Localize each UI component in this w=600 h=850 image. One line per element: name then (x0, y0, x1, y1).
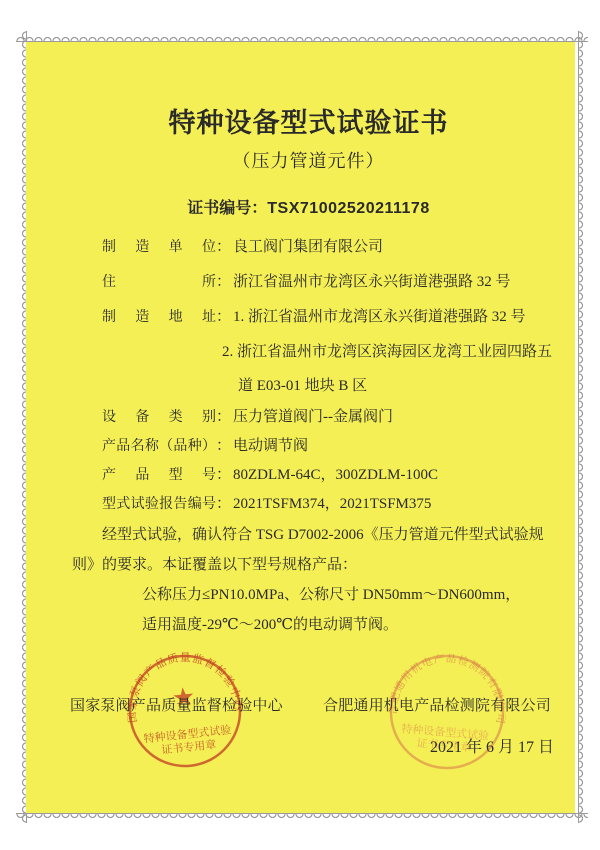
field-row-manufacturer: 制造单位：良工阀门集团有限公司 (102, 230, 569, 265)
field-value-address-3: 道 E03-01 地块 B 区 (102, 378, 367, 394)
field-colon: ： (216, 403, 231, 432)
certificate-number-line: 证书编号：TSX71002520211178 (46, 195, 571, 218)
certificate-number-label: 证书编号： (187, 200, 267, 217)
field-label-manufacturer: 制造单位 (102, 231, 216, 265)
field-label-product-name: 产品名称（品种） (102, 432, 216, 461)
issuer-left-name: 国家泵阀产品质量监督检验中心 (70, 694, 283, 715)
certificate-title: 特种设备型式试验证书 (46, 101, 571, 140)
field-value-manufacturer: 良工阀门集团有限公司 (231, 239, 383, 255)
info-section: 制造单位：良工阀门集团有限公司 住所：浙江省温州市龙湾区永兴街道港强路 32 号… (102, 230, 569, 519)
certificate-number-value: TSX71002520211178 (267, 200, 429, 217)
certificate-subtitle: （压力管道元件） (46, 147, 571, 173)
field-row-address-cont: 2. 浙江省温州市龙湾区滨海园区龙湾工业园四路五 (102, 335, 569, 369)
field-label-product-model: 产品型号 (102, 461, 216, 490)
field-value-residence: 浙江省温州市龙湾区永兴街道港强路 32 号 (231, 274, 511, 290)
field-row-test-report-no: 型式试验报告编号：2021TSFM374，2021TSFM375 (102, 490, 569, 519)
field-label-equipment-category: 设备类别 (102, 403, 216, 432)
statement-spec-1: 公称压力≤PN10.0MPa、公称尺寸 DN50mm～DN600mm， (72, 580, 569, 610)
field-row-residence: 住所：浙江省温州市龙湾区永兴街道港强路 32 号 (102, 265, 569, 300)
issuer-right-name: 合肥通用机电产品检测院有限公司 (323, 694, 551, 715)
statement-spec-2: 适用温度-29℃～200℃的电动调节阀。 (72, 610, 569, 640)
field-row-product-model: 产品型号：80ZDLM-64C，300ZDLM-100C (102, 461, 569, 490)
field-label-residence: 住所 (102, 266, 216, 300)
field-label-address: 制造地址 (102, 301, 216, 335)
statement-paragraph: 经型式试验，确认符合 TSG D7002-2006《压力管道元件型式试验规 则》… (72, 520, 569, 640)
field-value-equipment-category: 压力管道阀门--金属阀门 (231, 409, 393, 425)
certificate-page: 特种设备型式试验证书 （压力管道元件） 证书编号：TSX710025202111… (0, 0, 600, 850)
field-row-product-name: 产品名称（品种）：电动调节阀 (102, 432, 569, 461)
field-row-address-cont: 道 E03-01 地块 B 区 (102, 369, 569, 403)
field-row-address: 制造地址：1. 浙江省温州市龙湾区永兴街道港强路 32 号 (102, 300, 569, 335)
field-colon: ： (216, 461, 231, 490)
statement-line-2: 则》的要求。本证覆盖以下型号规格产品： (72, 550, 569, 580)
field-value-address-2: 2. 浙江省温州市龙湾区滨海园区龙湾工业园四路五 (102, 344, 552, 360)
certificate-sheet: 特种设备型式试验证书 （压力管道元件） 证书编号：TSX710025202111… (26, 42, 575, 813)
field-value-product-model: 80ZDLM-64C，300ZDLM-100C (231, 467, 438, 483)
field-value-test-report-no: 2021TSFM374，2021TSFM375 (231, 496, 431, 512)
field-colon: ： (216, 230, 231, 264)
field-colon: ： (216, 300, 231, 334)
statement-line-1: 经型式试验，确认符合 TSG D7002-2006《压力管道元件型式试验规 (72, 520, 569, 550)
field-row-equipment-category: 设备类别：压力管道阀门--金属阀门 (102, 403, 569, 432)
field-colon: ： (216, 265, 231, 299)
field-colon: ： (216, 490, 231, 519)
field-value-address-1: 1. 浙江省温州市龙湾区永兴街道港强路 32 号 (231, 309, 526, 325)
issue-date: 2021 年 6 月 17 日 (430, 734, 554, 757)
field-value-product-name: 电动调节阀 (231, 438, 308, 454)
field-label-test-report-no: 型式试验报告编号 (102, 490, 216, 519)
perforated-edge-right (578, 31, 589, 823)
perforated-edge-bottom (16, 813, 588, 824)
field-colon: ： (216, 432, 231, 461)
perforated-edge-top (16, 31, 588, 42)
